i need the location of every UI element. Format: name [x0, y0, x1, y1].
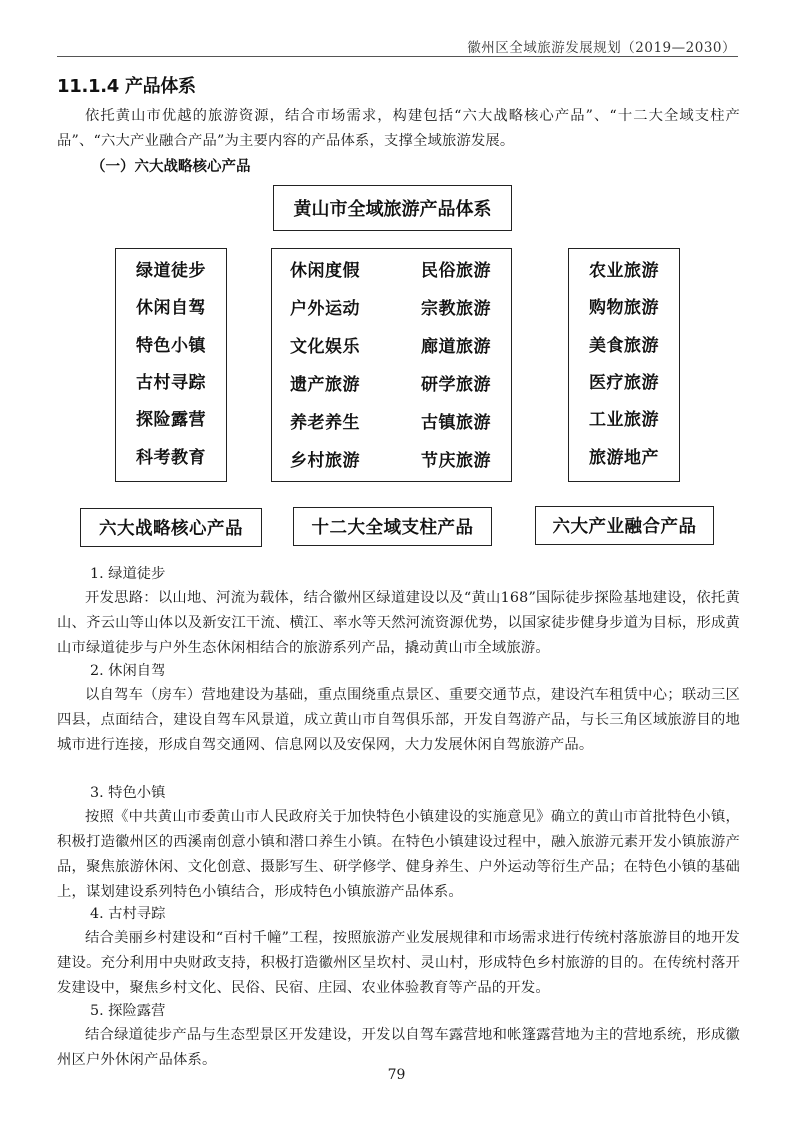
- pillar-product-item: 研学旅游: [391, 371, 492, 409]
- pillar-product-item: 休闲度假: [290, 257, 391, 295]
- item-heading: 2. 休闲自驾: [90, 660, 165, 680]
- item-body: 结合美丽乡村建设和“百村千幢”工程，按照旅游产业发展规律和市场需求进行传统村落旅…: [57, 926, 740, 1001]
- integration-products-box: 农业旅游 购物旅游 美食旅游 医疗旅游 工业旅游 旅游地产: [568, 248, 680, 482]
- pillar-product-item: 古镇旅游: [391, 409, 492, 447]
- pillar-product-item: 民俗旅游: [391, 257, 492, 295]
- pillar-products-box: 休闲度假 民俗旅游 户外运动 宗教旅游 文化娱乐 廊道旅游 遗产旅游 研学旅游 …: [271, 248, 512, 482]
- pillar-product-item: 养老养生: [290, 409, 391, 447]
- header-divider: [57, 56, 738, 57]
- core-products-label: 六大战略核心产品: [99, 515, 243, 540]
- integration-product-item: 购物旅游: [589, 294, 659, 331]
- core-products-label-box: 六大战略核心产品: [80, 508, 262, 547]
- core-product-item: 探险露营: [136, 406, 206, 443]
- pillar-product-item: 廊道旅游: [391, 333, 492, 371]
- pillar-product-item: 文化娱乐: [290, 333, 391, 371]
- pillar-product-item: 户外运动: [290, 295, 391, 333]
- integration-product-item: 工业旅游: [589, 406, 659, 443]
- integration-product-item: 美食旅游: [589, 332, 659, 369]
- pillar-product-item: 节庆旅游: [391, 447, 492, 485]
- item-heading: 5. 探险露营: [90, 1000, 165, 1020]
- item-body: 开发思路：以山地、河流为载体，结合徽州区绿道建设以及“黄山168”国际徒步探险基…: [57, 586, 740, 661]
- diagram-title-box: 黄山市全域旅游产品体系: [273, 185, 512, 231]
- core-product-item: 古村寻踪: [136, 369, 206, 406]
- integration-product-item: 医疗旅游: [589, 369, 659, 406]
- item-body: 按照《中共黄山市委黄山市人民政府关于加快特色小镇建设的实施意见》确立的黄山市首批…: [57, 805, 740, 905]
- item-body: 结合绿道徒步产品与生态型景区开发建设，开发以自驾车露营地和帐篷露营地为主的营地系…: [57, 1023, 740, 1073]
- pillar-product-item: 乡村旅游: [290, 447, 391, 485]
- core-product-item: 绿道徒步: [136, 257, 206, 294]
- core-products-box: 绿道徒步 休闲自驾 特色小镇 古村寻踪 探险露营 科考教育: [115, 248, 227, 482]
- integration-products-label: 六大产业融合产品: [553, 513, 697, 538]
- core-product-item: 特色小镇: [136, 332, 206, 369]
- page-number: 79: [0, 1067, 793, 1083]
- pillar-product-item: 遗产旅游: [290, 371, 391, 409]
- core-product-item: 科考教育: [136, 444, 206, 481]
- pillar-product-item: 宗教旅游: [391, 295, 492, 333]
- section-title: 11.1.4 产品体系: [57, 72, 196, 98]
- subsection-heading: （一）六大战略核心产品: [91, 155, 251, 176]
- pillar-products-label-box: 十二大全域支柱产品: [293, 507, 492, 546]
- document-header-title: 徽州区全域旅游发展规划（2019—2030）: [467, 36, 736, 56]
- item-body: 以自驾车（房车）营地建设为基础，重点围绕重点景区、重要交通节点，建设汽车租赁中心…: [57, 683, 740, 758]
- pillar-products-label: 十二大全域支柱产品: [312, 514, 474, 539]
- integration-product-item: 旅游地产: [589, 444, 659, 481]
- item-heading: 3. 特色小镇: [90, 782, 165, 802]
- core-product-item: 休闲自驾: [136, 294, 206, 331]
- diagram-title: 黄山市全域旅游产品体系: [294, 195, 492, 221]
- integration-products-label-box: 六大产业融合产品: [535, 506, 714, 545]
- intro-paragraph: 依托黄山市优越的旅游资源，结合市场需求，构建包括“六大战略核心产品”、“十二大全…: [57, 104, 740, 154]
- item-heading: 4. 古村寻踪: [90, 903, 165, 923]
- integration-product-item: 农业旅游: [589, 257, 659, 294]
- item-heading: 1. 绿道徒步: [90, 563, 165, 583]
